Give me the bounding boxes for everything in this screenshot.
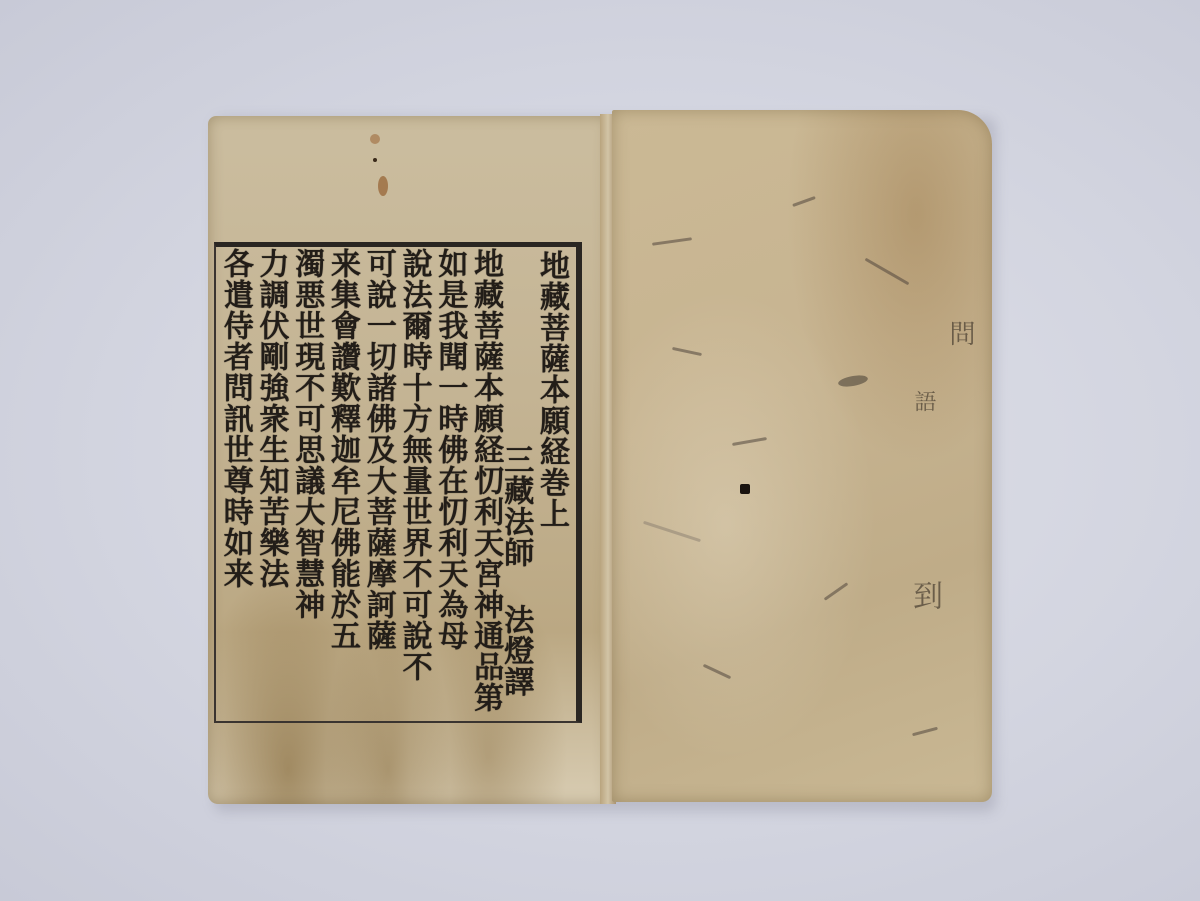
text-column-3: 說法爾時十方無量世界不可說不 [397,248,433,718]
faint-handwritten-mark: 到 [902,580,946,610]
paper-fiber [824,582,849,601]
right-page: 問 語 到 [612,110,992,802]
ink-smudge [837,373,868,388]
paper-fiber [732,437,767,446]
paper-fiber [912,727,938,737]
left-page: 地藏菩薩本願経巻上 三藏法師 法燈譯 地藏菩薩本願経忉利天宮神通品第一 如是我聞… [208,116,608,804]
text-column-2: 如是我聞一時佛在忉利天為母 [433,248,469,718]
text-column-5: 来集會讚歎釋迦牟尼佛能於五 [325,248,361,718]
faint-handwritten-mark: 問 [942,320,979,346]
paper-fiber [865,258,910,286]
paper-fiber [792,196,816,207]
paper-fiber [652,237,692,246]
paper-fiber [703,664,731,679]
sutra-title-column: 地藏菩薩本願経巻上 [534,248,570,720]
text-column-7: 力調伏剛強衆生知苦樂法 [254,248,290,718]
stain [378,176,388,196]
ink-speck [740,484,750,494]
faint-handwritten-mark: 語 [908,390,939,412]
text-column-6: 濁悪世現不可思議大智慧神 [290,248,326,718]
stain [373,158,377,162]
text-column-4: 可說一切諸佛及大菩薩摩訶薩 [361,248,397,718]
paper-fiber [672,347,702,356]
paper-fiber [643,521,701,542]
text-columns: 地藏菩薩本願経巻上 三藏法師 法燈譯 地藏菩薩本願経忉利天宮神通品第一 如是我聞… [218,248,570,718]
open-book: 地藏菩薩本願経巻上 三藏法師 法燈譯 地藏菩薩本願経忉利天宮神通品第一 如是我聞… [208,110,993,805]
text-column-1: 地藏菩薩本願経忉利天宮神通品第一 [468,248,504,718]
translator-credit-column: 三藏法師 法燈譯 [504,248,534,718]
text-column-8: 各遣侍者問訊世尊時如来 [218,248,254,718]
stain [370,134,380,144]
